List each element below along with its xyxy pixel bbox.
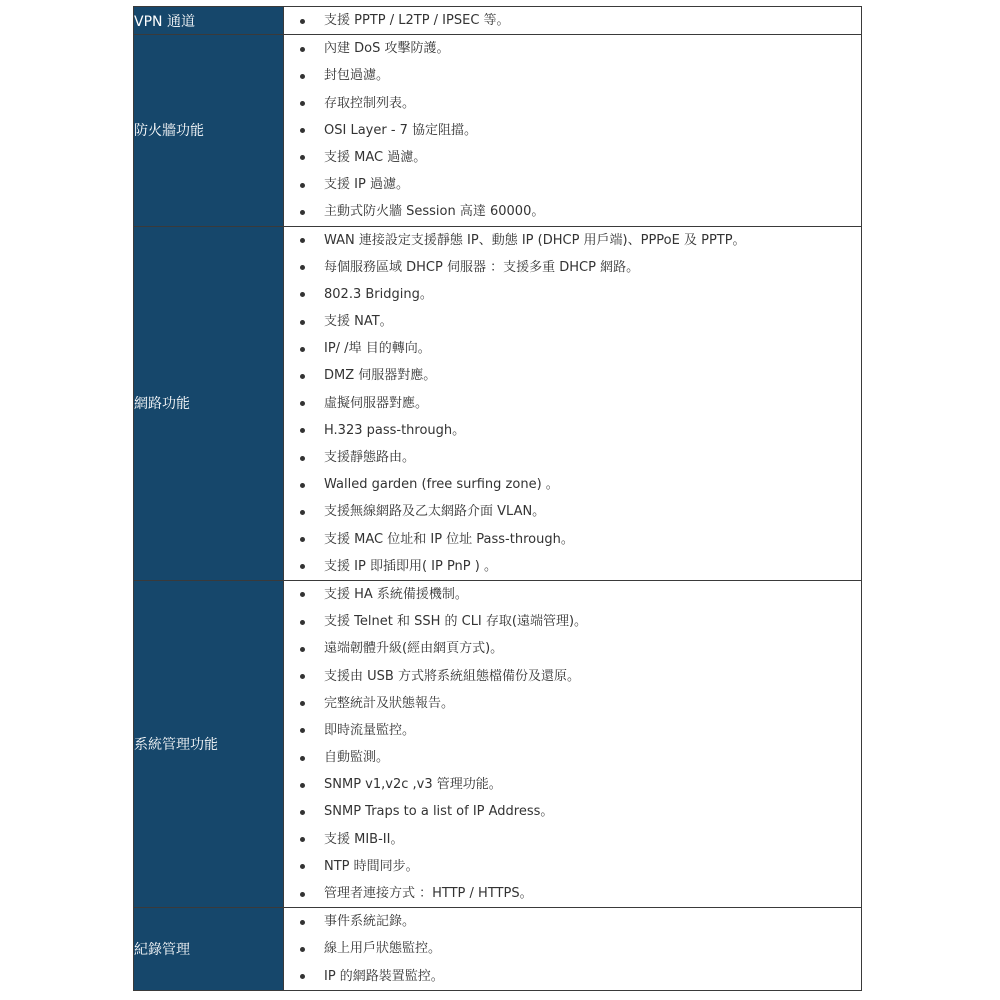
feature-text: NTP 時間同步。 bbox=[324, 859, 419, 874]
bullet-icon bbox=[300, 728, 305, 733]
bullet-icon bbox=[300, 265, 305, 270]
bullet-icon bbox=[300, 647, 305, 652]
feature-text: 支援 MAC 過濾。 bbox=[324, 150, 426, 165]
list-item: 線上用戶狀態監控。 bbox=[284, 935, 861, 962]
feature-text: 存取控制列表。 bbox=[324, 96, 415, 111]
feature-text: 遠端韌體升級(經由網頁方式)。 bbox=[324, 641, 503, 656]
table-row: 網路功能WAN 連接設定支援靜態 IP、動態 IP (DHCP 用戶端)、PPP… bbox=[134, 226, 862, 580]
feature-text: IP/ /埠 目的轉向。 bbox=[324, 341, 431, 356]
table-row: 紀錄管理事件系統記錄。線上用戶狀態監控。IP 的網路裝置監控。 bbox=[134, 908, 862, 991]
table-row: 防火牆功能內建 DoS 攻擊防護。封包過濾。存取控制列表。OSI Layer -… bbox=[134, 35, 862, 226]
category-cell: 網路功能 bbox=[134, 226, 284, 580]
list-item: 支援靜態路由。 bbox=[284, 444, 861, 471]
feature-text: 完整統計及狀態報告。 bbox=[324, 696, 454, 711]
feature-list: 支援 HA 系統備援機制。支援 Telnet 和 SSH 的 CLI 存取(遠端… bbox=[284, 581, 861, 907]
bullet-icon bbox=[300, 892, 305, 897]
bullet-icon bbox=[300, 374, 305, 379]
list-item: WAN 連接設定支援靜態 IP、動態 IP (DHCP 用戶端)、PPPoE 及… bbox=[284, 227, 861, 254]
category-cell: VPN 通道 bbox=[134, 7, 284, 35]
feature-text: 支援 Telnet 和 SSH 的 CLI 存取(遠端管理)。 bbox=[324, 614, 587, 629]
feature-list: 事件系統記錄。線上用戶狀態監控。IP 的網路裝置監控。 bbox=[284, 908, 861, 990]
bullet-icon bbox=[300, 128, 305, 133]
table-row: 系統管理功能支援 HA 系統備援機制。支援 Telnet 和 SSH 的 CLI… bbox=[134, 580, 862, 907]
list-item: 管理者連接方式 ：HTTP / HTTPS。 bbox=[284, 880, 861, 907]
list-item: 支援 IP 過濾。 bbox=[284, 171, 861, 198]
list-item: IP/ /埠 目的轉向。 bbox=[284, 335, 861, 362]
feature-text: 管理者連接方式 ：HTTP / HTTPS。 bbox=[324, 886, 533, 901]
list-item: 支援由 USB 方式將系統組態檔備份及還原。 bbox=[284, 663, 861, 690]
feature-text: 每個服務區域 DHCP 伺服器 ：支援多重 DHCP 網路。 bbox=[324, 260, 639, 275]
bullet-icon bbox=[300, 101, 305, 106]
bullet-icon bbox=[300, 974, 305, 979]
feature-list-cell: 事件系統記錄。線上用戶狀態監控。IP 的網路裝置監控。 bbox=[284, 908, 862, 991]
feature-text: OSI Layer - 7 協定阻擋。 bbox=[324, 123, 477, 138]
list-item: 遠端韌體升級(經由網頁方式)。 bbox=[284, 635, 861, 662]
bullet-icon bbox=[300, 756, 305, 761]
feature-text: 支援 MIB-II。 bbox=[324, 832, 403, 847]
feature-text: H.323 pass-through。 bbox=[324, 423, 465, 438]
feature-text: 內建 DoS 攻擊防護。 bbox=[324, 41, 449, 56]
list-item: 支援 IP 即插即用( IP PnP ) 。 bbox=[284, 553, 861, 580]
list-item: 支援 MAC 過濾。 bbox=[284, 144, 861, 171]
list-item: 支援 PPTP / L2TP / IPSEC 等。 bbox=[284, 7, 861, 34]
bullet-icon bbox=[300, 947, 305, 952]
feature-text: SNMP Traps to a list of IP Address。 bbox=[324, 804, 553, 819]
feature-list-cell: WAN 連接設定支援靜態 IP、動態 IP (DHCP 用戶端)、PPPoE 及… bbox=[284, 226, 862, 580]
bullet-icon bbox=[300, 74, 305, 79]
spec-table: VPN 通道支援 PPTP / L2TP / IPSEC 等。防火牆功能內建 D… bbox=[133, 6, 862, 991]
bullet-icon bbox=[300, 510, 305, 515]
feature-text: 封包過濾。 bbox=[324, 68, 389, 83]
table-row: VPN 通道支援 PPTP / L2TP / IPSEC 等。 bbox=[134, 7, 862, 35]
bullet-icon bbox=[300, 19, 305, 24]
list-item: SNMP Traps to a list of IP Address。 bbox=[284, 798, 861, 825]
list-item: 支援 NAT。 bbox=[284, 308, 861, 335]
feature-list-cell: 支援 PPTP / L2TP / IPSEC 等。 bbox=[284, 7, 862, 35]
list-item: 802.3 Bridging。 bbox=[284, 281, 861, 308]
list-item: H.323 pass-through。 bbox=[284, 417, 861, 444]
bullet-icon bbox=[300, 674, 305, 679]
feature-text: IP 的網路裝置監控。 bbox=[324, 969, 444, 984]
list-item: 完整統計及狀態報告。 bbox=[284, 690, 861, 717]
list-item: IP 的網路裝置監控。 bbox=[284, 963, 861, 990]
list-item: 虛擬伺服器對應。 bbox=[284, 390, 861, 417]
feature-text: 支援無線網路及乙太網路介面 VLAN。 bbox=[324, 504, 545, 519]
list-item: 支援 HA 系統備援機制。 bbox=[284, 581, 861, 608]
bullet-icon bbox=[300, 210, 305, 215]
bullet-icon bbox=[300, 783, 305, 788]
feature-text: 支援靜態路由。 bbox=[324, 450, 415, 465]
list-item: 內建 DoS 攻擊防護。 bbox=[284, 35, 861, 62]
category-cell: 紀錄管理 bbox=[134, 908, 284, 991]
feature-text: 802.3 Bridging。 bbox=[324, 287, 433, 302]
bullet-icon bbox=[300, 810, 305, 815]
bullet-icon bbox=[300, 183, 305, 188]
bullet-icon bbox=[300, 564, 305, 569]
feature-text: 支援 PPTP / L2TP / IPSEC 等。 bbox=[324, 13, 510, 28]
feature-list: WAN 連接設定支援靜態 IP、動態 IP (DHCP 用戶端)、PPPoE 及… bbox=[284, 227, 861, 580]
bullet-icon bbox=[300, 238, 305, 243]
list-item: 主動式防火牆 Session 高達 60000。 bbox=[284, 198, 861, 225]
bullet-icon bbox=[300, 47, 305, 52]
feature-text: 主動式防火牆 Session 高達 60000。 bbox=[324, 204, 544, 219]
list-item: SNMP v1,v2c ,v3 管理功能。 bbox=[284, 771, 861, 798]
feature-list: 內建 DoS 攻擊防護。封包過濾。存取控制列表。OSI Layer - 7 協定… bbox=[284, 35, 861, 225]
bullet-icon bbox=[300, 320, 305, 325]
feature-text: 即時流量監控。 bbox=[324, 723, 415, 738]
feature-text: 支援 HA 系統備援機制。 bbox=[324, 587, 468, 602]
feature-text: 支援 IP 即插即用( IP PnP ) 。 bbox=[324, 559, 497, 574]
feature-text: Walled garden (free surfing zone) 。 bbox=[324, 477, 559, 492]
bullet-icon bbox=[300, 292, 305, 297]
feature-text: 虛擬伺服器對應。 bbox=[324, 396, 428, 411]
feature-text: SNMP v1,v2c ,v3 管理功能。 bbox=[324, 777, 502, 792]
bullet-icon bbox=[300, 428, 305, 433]
list-item: NTP 時間同步。 bbox=[284, 853, 861, 880]
list-item: OSI Layer - 7 協定阻擋。 bbox=[284, 117, 861, 144]
spec-table-body: VPN 通道支援 PPTP / L2TP / IPSEC 等。防火牆功能內建 D… bbox=[134, 7, 862, 991]
list-item: 事件系統記錄。 bbox=[284, 908, 861, 935]
list-item: Walled garden (free surfing zone) 。 bbox=[284, 471, 861, 498]
list-item: 每個服務區域 DHCP 伺服器 ：支援多重 DHCP 網路。 bbox=[284, 254, 861, 281]
list-item: 支援 MAC 位址和 IP 位址 Pass-through。 bbox=[284, 526, 861, 553]
bullet-icon bbox=[300, 483, 305, 488]
list-item: 支援 MIB-II。 bbox=[284, 826, 861, 853]
feature-text: DMZ 伺服器對應。 bbox=[324, 368, 436, 383]
list-item: 自動監測。 bbox=[284, 744, 861, 771]
list-item: 即時流量監控。 bbox=[284, 717, 861, 744]
feature-text: 自動監測。 bbox=[324, 750, 389, 765]
feature-text: 支援 NAT。 bbox=[324, 314, 393, 329]
feature-text: 支援 MAC 位址和 IP 位址 Pass-through。 bbox=[324, 532, 574, 547]
bullet-icon bbox=[300, 456, 305, 461]
list-item: 封包過濾。 bbox=[284, 62, 861, 89]
feature-text: 事件系統記錄。 bbox=[324, 914, 415, 929]
category-cell: 系統管理功能 bbox=[134, 580, 284, 907]
bullet-icon bbox=[300, 620, 305, 625]
bullet-icon bbox=[300, 537, 305, 542]
feature-text: 支援由 USB 方式將系統組態檔備份及還原。 bbox=[324, 669, 580, 684]
bullet-icon bbox=[300, 864, 305, 869]
bullet-icon bbox=[300, 155, 305, 160]
feature-text: WAN 連接設定支援靜態 IP、動態 IP (DHCP 用戶端)、PPPoE 及… bbox=[324, 233, 746, 248]
bullet-icon bbox=[300, 920, 305, 925]
feature-list-cell: 內建 DoS 攻擊防護。封包過濾。存取控制列表。OSI Layer - 7 協定… bbox=[284, 35, 862, 226]
feature-text: 線上用戶狀態監控。 bbox=[324, 941, 441, 956]
bullet-icon bbox=[300, 592, 305, 597]
feature-text: 支援 IP 過濾。 bbox=[324, 177, 409, 192]
list-item: 支援 Telnet 和 SSH 的 CLI 存取(遠端管理)。 bbox=[284, 608, 861, 635]
feature-list: 支援 PPTP / L2TP / IPSEC 等。 bbox=[284, 7, 861, 34]
bullet-icon bbox=[300, 837, 305, 842]
bullet-icon bbox=[300, 701, 305, 706]
list-item: 存取控制列表。 bbox=[284, 90, 861, 117]
feature-list-cell: 支援 HA 系統備援機制。支援 Telnet 和 SSH 的 CLI 存取(遠端… bbox=[284, 580, 862, 907]
bullet-icon bbox=[300, 401, 305, 406]
list-item: 支援無線網路及乙太網路介面 VLAN。 bbox=[284, 498, 861, 525]
list-item: DMZ 伺服器對應。 bbox=[284, 362, 861, 389]
bullet-icon bbox=[300, 347, 305, 352]
category-cell: 防火牆功能 bbox=[134, 35, 284, 226]
